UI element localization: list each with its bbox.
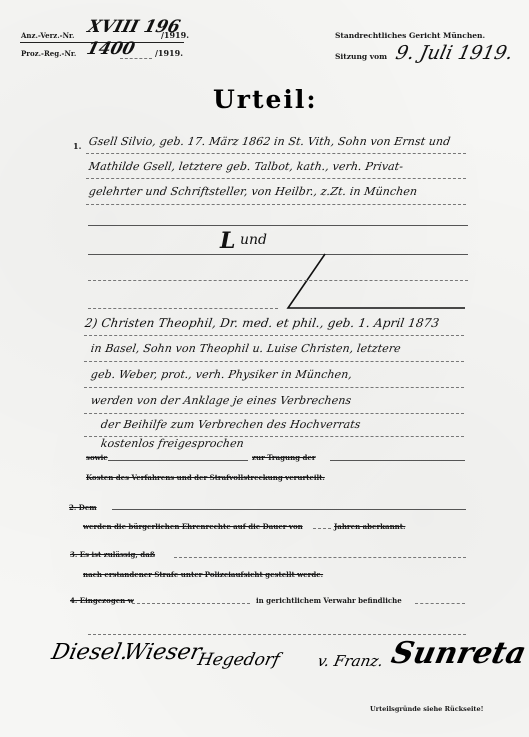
proz-label: Proz.-Reg.-Nr. xyxy=(21,49,76,58)
section2-line-6: kostenlos freigesprochen xyxy=(100,437,245,450)
rule xyxy=(88,634,466,635)
form-item2-years: Jahren aberkannt. xyxy=(334,522,405,531)
anz-label: Anz.-Verz.-Nr. xyxy=(21,31,74,40)
section1-number: 1. xyxy=(73,141,81,151)
rule xyxy=(112,509,466,510)
rule xyxy=(86,204,466,205)
form-item3-label: 3. Es ist zulässig, daß xyxy=(70,550,155,559)
bracket-stroke xyxy=(280,252,470,312)
section2-line-1-text: Christen Theophil, Dr. med. et phil., ge… xyxy=(100,316,440,330)
section2-number: 2) xyxy=(84,316,98,330)
rule xyxy=(330,460,465,461)
connector-und: und xyxy=(240,232,267,248)
bracket-mark: L xyxy=(220,228,235,254)
rule xyxy=(88,225,468,226)
form-item3-text: nach erstandener Strafe unter Polizeiauf… xyxy=(83,570,323,579)
proz-dotted-line xyxy=(120,58,152,59)
section2-line-2: in Basel, Sohn von Theophil u. Luise Chr… xyxy=(90,342,402,355)
section1-line-1: Gsell Silvio, geb. 17. März 1862 in St. … xyxy=(88,135,451,148)
form-item4-text: in gerichtlichem Verwahr befindliche xyxy=(256,596,402,605)
rule xyxy=(88,280,468,281)
rule xyxy=(313,528,331,529)
rule xyxy=(174,557,466,558)
page-title: Urteil: xyxy=(213,85,318,114)
section2-line-3: geb. Weber, prot., verh. Physiker in Mün… xyxy=(90,368,353,381)
rule xyxy=(86,178,466,179)
form-item4-label: 4. Eingezogen w xyxy=(70,596,134,605)
signature-5: Sunreta xyxy=(388,636,529,671)
anz-year: /1919. xyxy=(161,30,189,40)
signature-1: Diesel. xyxy=(49,640,130,665)
footer-note: Urteilsgründe siehe Rückseite! xyxy=(370,705,483,713)
rule xyxy=(88,308,278,309)
session-date: 9. Juli 1919. xyxy=(394,42,515,64)
section2-line-1: 2) Christen Theophil, Dr. med. et phil.,… xyxy=(84,316,440,330)
rule xyxy=(84,335,464,336)
rule xyxy=(415,603,465,604)
rule xyxy=(84,387,464,388)
form-item2-text: werden die bürgerlichen Ehrenrechte auf … xyxy=(83,522,303,531)
document-page: Anz.-Verz.-Nr. XVIII 196 /1919. Proz.-Re… xyxy=(0,0,529,737)
proz-value: 1400 xyxy=(85,39,137,59)
rule xyxy=(132,603,250,604)
signature-3: Hegedorf xyxy=(196,650,282,670)
rule xyxy=(86,153,466,154)
rule xyxy=(108,460,248,461)
section2-line-5: der Beihilfe zum Verbrechen des Hochverr… xyxy=(100,418,361,431)
signature-2: Wieser xyxy=(121,640,203,665)
signature-4: v. Franz. xyxy=(316,652,385,670)
form-item2-label: 2. Dem xyxy=(69,503,97,512)
form-tragung: zur Tragung der xyxy=(252,453,316,462)
form-kosten: Kosten des Verfahrens und der Strafvolls… xyxy=(86,473,325,482)
rule xyxy=(84,361,464,362)
section1-line-3: gelehrter und Schriftsteller, von Heilbr… xyxy=(88,185,418,198)
section2-line-4: werden von der Anklage je eines Verbrech… xyxy=(90,394,352,407)
section1-line-2: Mathilde Gsell, letztere geb. Talbot, ka… xyxy=(88,160,404,173)
session-label: Sitzung vom xyxy=(335,52,387,61)
rule xyxy=(84,413,464,414)
proz-year: /1919. xyxy=(155,48,183,58)
form-sowie: sowie xyxy=(86,453,108,462)
court-name: Standrechtliches Gericht München. xyxy=(335,31,485,40)
